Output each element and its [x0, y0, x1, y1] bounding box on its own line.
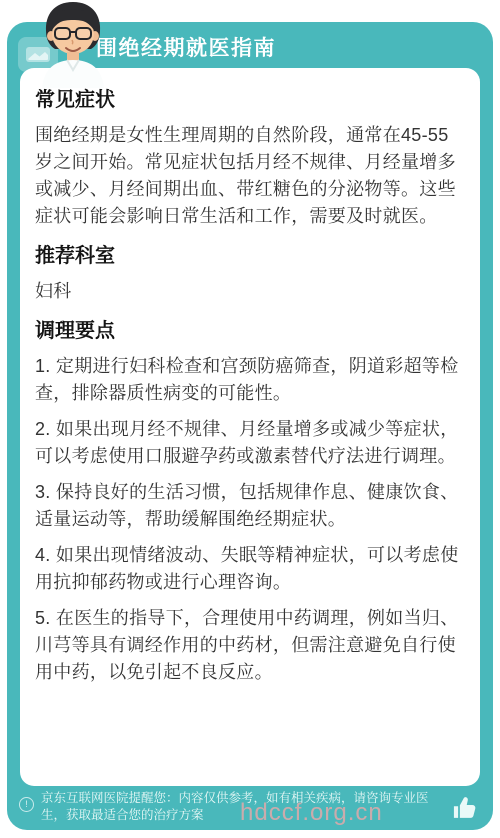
- section-title-key-points: 调理要点: [35, 318, 465, 344]
- guide-card: 围绝经期就医指南 常见症状 围绝经期是女性生理周期的自然阶段，通常在45-55岁…: [7, 22, 493, 830]
- info-icon: !: [19, 797, 34, 812]
- section-title-symptoms: 常见症状: [35, 87, 465, 113]
- key-point-item: 5. 在医生的指导下，合理使用中药调理，例如当归、川芎等具有调经作用的中药材，但…: [35, 605, 465, 686]
- key-point-item: 2. 如果出现月经不规律、月经量增多或减少等症状，可以考虑使用口服避孕药或激素替…: [35, 416, 465, 470]
- page-title: 围绝经期就医指南: [96, 32, 276, 62]
- content-card: 常见症状 围绝经期是女性生理周期的自然阶段，通常在45-55岁之间开始。常见症状…: [20, 68, 480, 786]
- watermark: hdccf.org.cn: [240, 799, 383, 827]
- key-point-item: 1. 定期进行妇科检查和宫颈防癌筛查，阴道彩超等检查，排除器质性病变的可能性。: [35, 353, 465, 407]
- department-value: 妇科: [35, 278, 465, 305]
- thumbs-up-icon[interactable]: [451, 794, 481, 827]
- key-point-item: 4. 如果出现情绪波动、失眠等精神症状，可以考虑使用抗抑郁药物或进行心理咨询。: [35, 542, 465, 596]
- section-title-department: 推荐科室: [35, 243, 465, 269]
- doctor-avatar: [28, 0, 118, 88]
- symptoms-paragraph: 围绝经期是女性生理周期的自然阶段，通常在45-55岁之间开始。常见症状包括月经不…: [35, 122, 465, 230]
- key-point-item: 3. 保持良好的生活习惯，包括规律作息、健康饮食、适量运动等，帮助缓解围绝经期症…: [35, 479, 465, 533]
